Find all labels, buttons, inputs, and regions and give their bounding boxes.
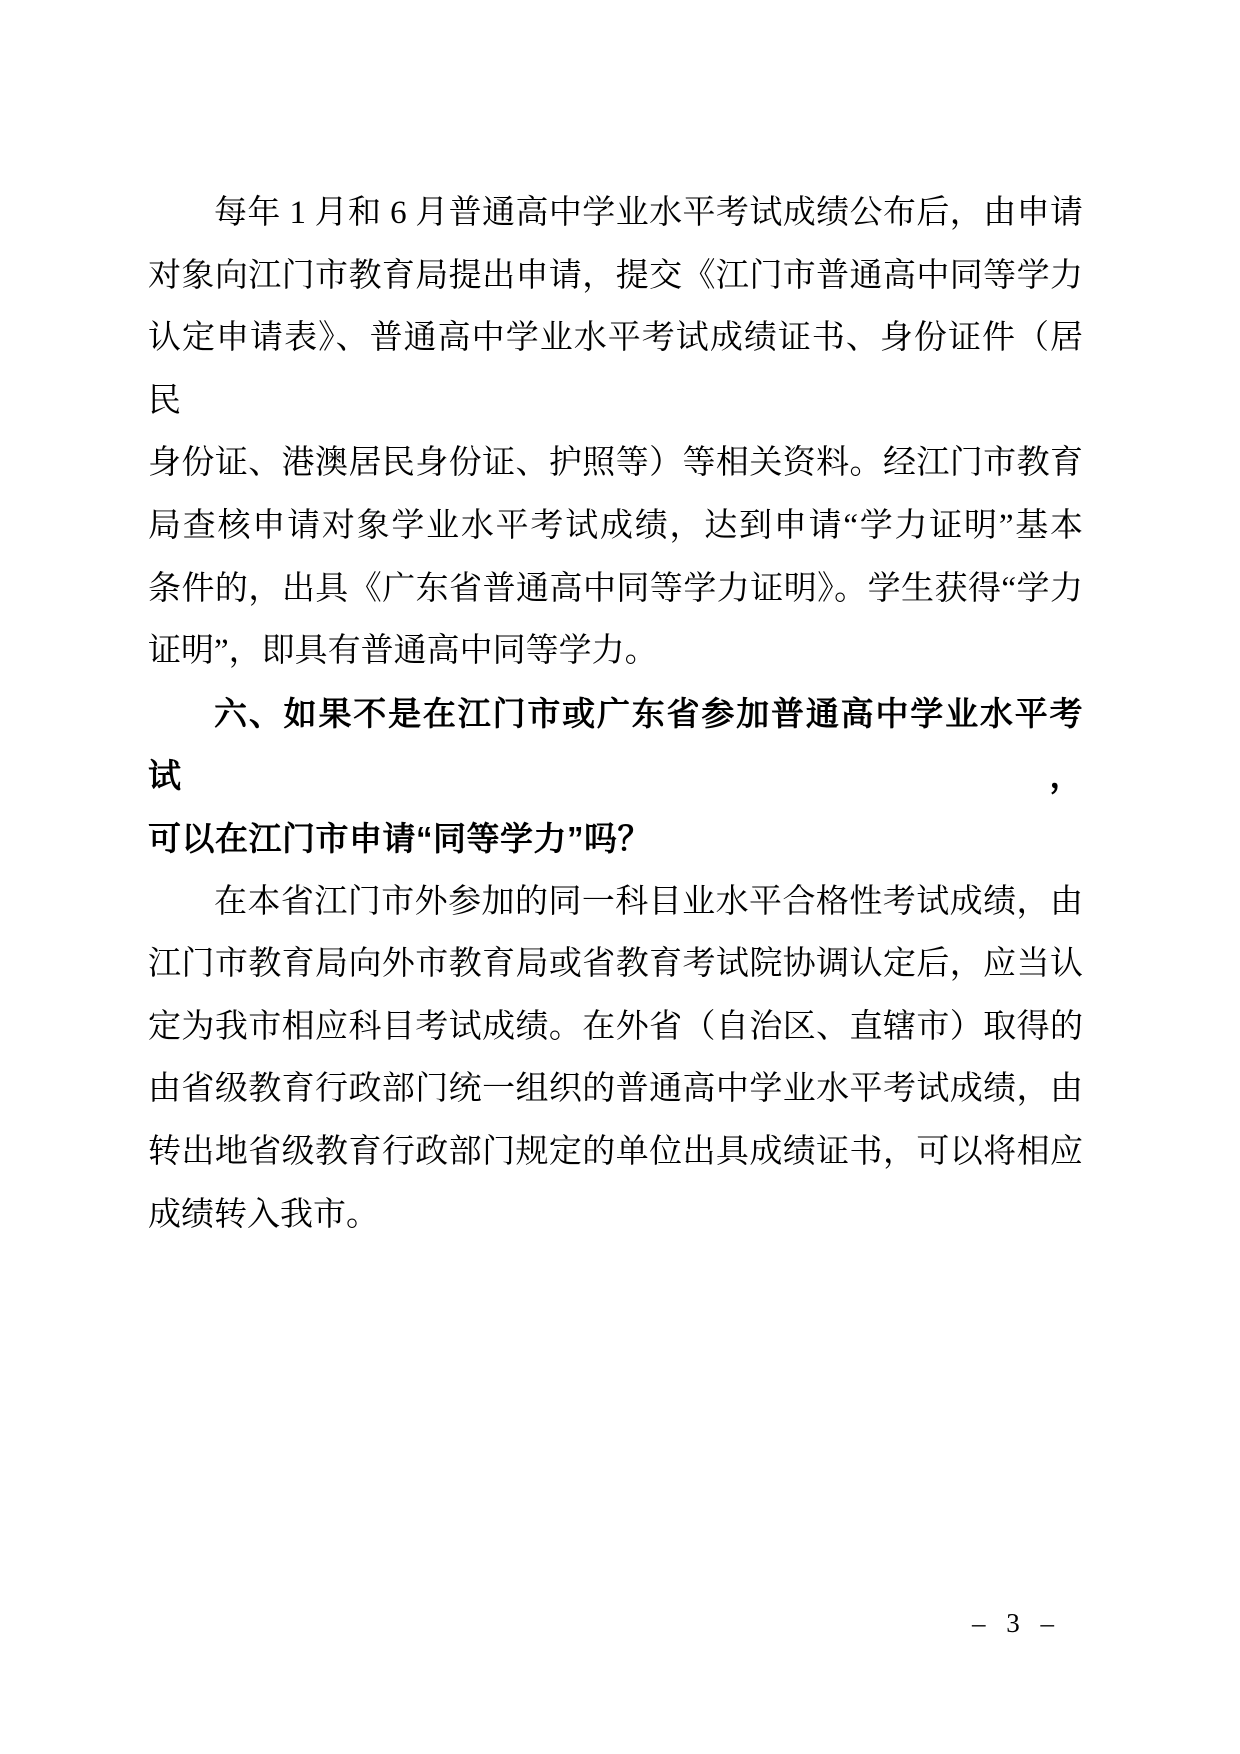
text-line: 可以在江门市申请“同等学力”吗？: [148, 808, 1083, 871]
text-line: 条件的，出具《广东省普通高中同等学力证明》。学生获得“学力: [148, 558, 1083, 621]
paragraph: 在本省江门市外参加的同一科目业水平合格性考试成绩，由江门市教育局向外市教育局或省…: [148, 871, 1083, 1247]
text-line: 定为我市相应科目考试成绩。在外省（自治区、直辖市）取得的: [148, 996, 1083, 1059]
text-line: 六、如果不是在江门市或广东省参加普通高中学业水平考试，: [148, 683, 1083, 808]
text-line: 成绩转入我市。: [148, 1184, 1083, 1247]
page-number: – 3 –: [972, 1608, 1061, 1639]
text-line: 局查核申请对象学业水平考试成绩，达到申请“学力证明”基本: [148, 495, 1083, 558]
text-line: 江门市教育局向外市教育局或省教育考试院协调认定后，应当认: [148, 933, 1083, 996]
text-line: 转出地省级教育行政部门规定的单位出具成绩证书，可以将相应: [148, 1121, 1083, 1184]
text-line: 认定申请表》、普通高中学业水平考试成绩证书、身份证件（居民: [148, 307, 1083, 432]
text-line: 由省级教育行政部门统一组织的普通高中学业水平考试成绩，由: [148, 1058, 1083, 1121]
text-line: 在本省江门市外参加的同一科目业水平合格性考试成绩，由: [148, 871, 1083, 934]
paragraph: 每年 1 月和 6 月普通高中学业水平考试成绩公布后，由申请对象向江门市教育局提…: [148, 182, 1083, 683]
section-heading: 六、如果不是在江门市或广东省参加普通高中学业水平考试，可以在江门市申请“同等学力…: [148, 683, 1083, 871]
text-line: 证明”，即具有普通高中同等学力。: [148, 620, 1083, 683]
document-page: 每年 1 月和 6 月普通高中学业水平考试成绩公布后，由申请对象向江门市教育局提…: [0, 0, 1240, 1754]
text-line: 每年 1 月和 6 月普通高中学业水平考试成绩公布后，由申请: [148, 182, 1083, 245]
text-line: 对象向江门市教育局提出申请，提交《江门市普通高中同等学力: [148, 245, 1083, 308]
document-body: 每年 1 月和 6 月普通高中学业水平考试成绩公布后，由申请对象向江门市教育局提…: [148, 182, 1083, 1246]
text-line: 身份证、港澳居民身份证、护照等）等相关资料。经江门市教育: [148, 432, 1083, 495]
